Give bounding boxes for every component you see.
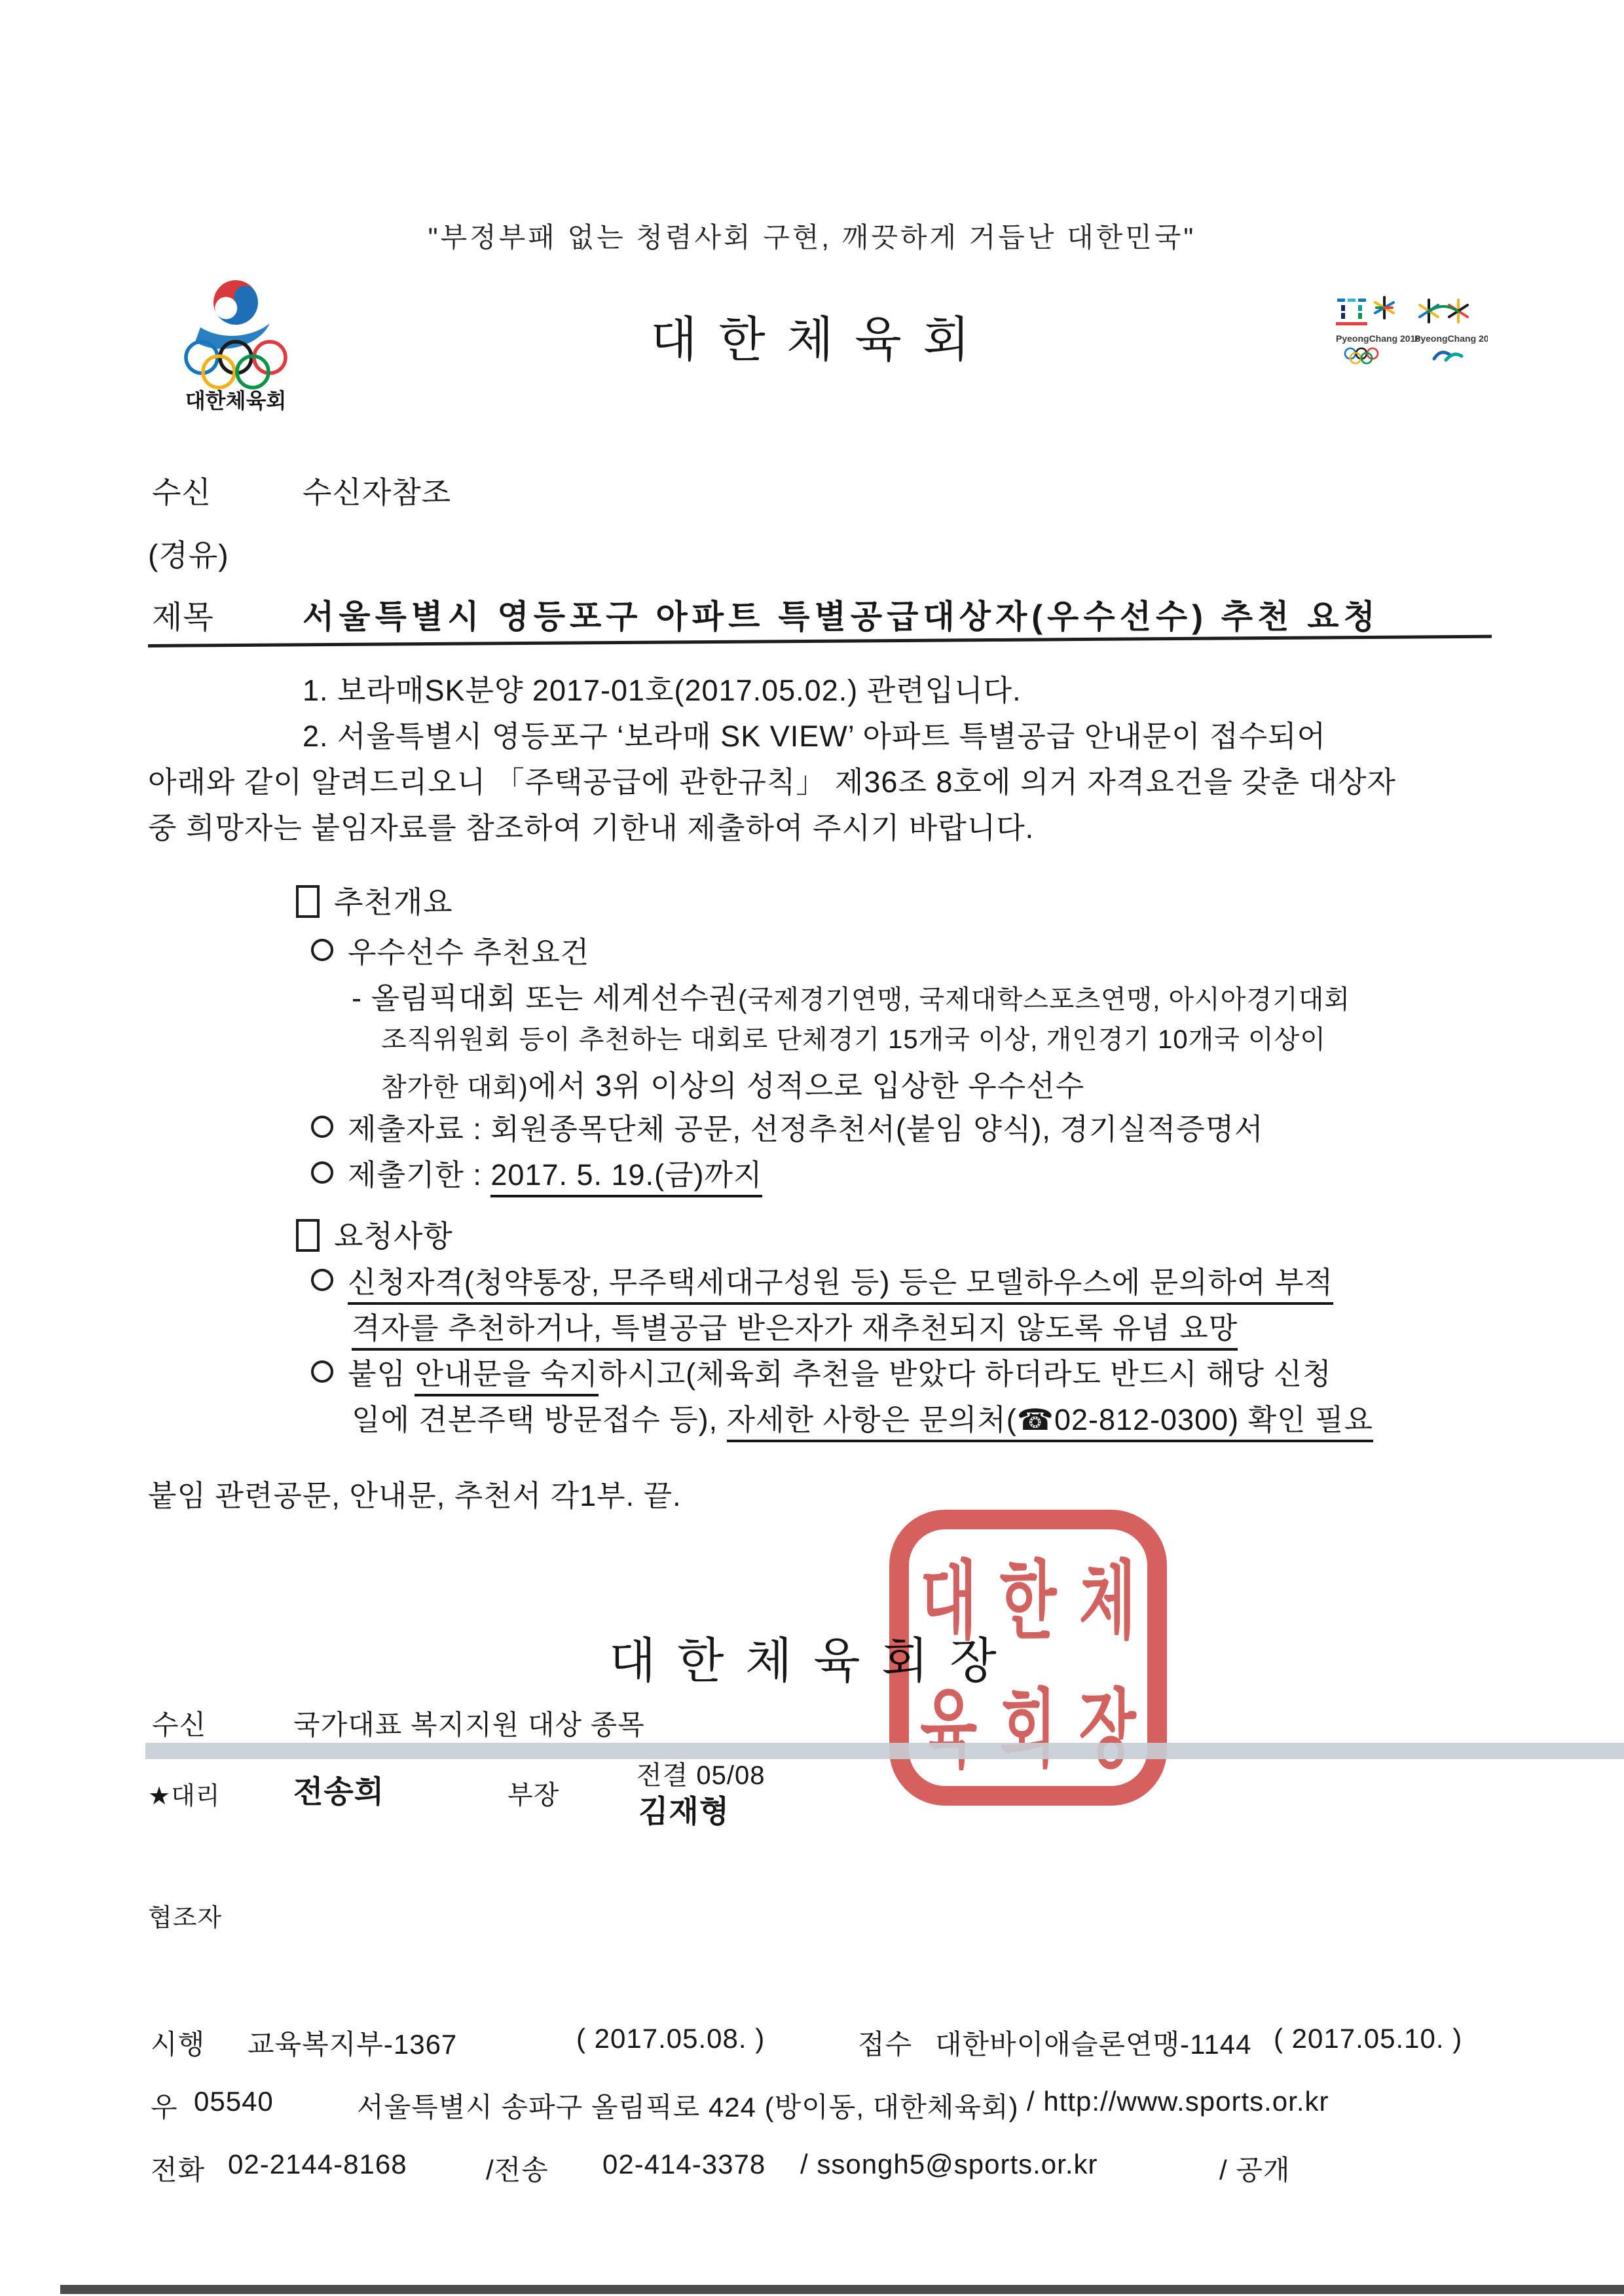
recipient-value: 수신자참조 — [303, 469, 451, 512]
zip-code: 05540 — [194, 2086, 274, 2117]
circle-bullet-icon — [311, 1116, 333, 1138]
overview-sub3-normal: 에서 3위 이상의 성적으로 입상한 우수선수 — [528, 1069, 1085, 1102]
circle-bullet-icon — [311, 939, 333, 961]
fax-number: 02-414-3378 — [602, 2149, 766, 2180]
approver-name: 김재형 — [638, 1787, 729, 1831]
request-heading: 요청사항 — [296, 1212, 453, 1256]
anti-corruption-slogan: "부정부패 없는 청렴사회 구현, 깨끗하게 거듭난 대한민국" — [0, 216, 1624, 255]
attachment-note: 붙임 관련공문, 안내문, 추천서 각1부. 끝. — [148, 1472, 682, 1514]
drafter-name: 전송희 — [293, 1768, 384, 1812]
recv-label: 접수 — [858, 2023, 912, 2062]
overview-sub1-normal: - 올림픽대회 또는 세계선수권 — [352, 981, 738, 1015]
overview-sub3-small: 참가한 대회) — [381, 1073, 528, 1102]
request-item1-line2: 격자를 추천하거나, 특별공급 받은자가 재추천되지 않도록 유념 요망 — [352, 1304, 1238, 1347]
official-seal-stamp: 대 한 체 육 회 장 — [889, 1510, 1167, 1806]
body-para1: 1. 보라매SK분양 2017-01호(2017.05.02.) 관련입니다. — [303, 666, 1022, 709]
circle-bullet-icon — [311, 1269, 333, 1291]
exec-label: 시행 — [151, 2023, 205, 2062]
recipient2-value: 국가대표 복지지원 대상 종목 — [293, 1704, 645, 1743]
seal-char: 육 — [909, 1629, 988, 1815]
scanned-official-document: "부정부패 없는 청렴사회 구현, 깨끗하게 거듭난 대한민국" 대한체육회 대… — [0, 0, 1624, 2296]
overview-item3-label: 제출기한 : — [348, 1158, 490, 1192]
zip-label: 우 — [151, 2086, 178, 2125]
reviewer-role: 부장 — [507, 1774, 559, 1812]
olympic-wordmark: PyeongChang 2018 — [1336, 333, 1420, 344]
overview-sub3: 참가한 대회)에서 3위 이상의 성적으로 입상한 우수선수 — [381, 1062, 1084, 1104]
disclosure-status: / 공개 — [1219, 2149, 1290, 2188]
circle-bullet-icon — [311, 1161, 333, 1184]
request-heading-text: 요청사항 — [334, 1219, 453, 1253]
seal-char: 회 — [988, 1629, 1067, 1815]
request-item2-line1-pre: 붙임 — [348, 1357, 415, 1391]
overview-sub2: 조직위원회 등이 추천하는 대회로 단체경기 15개국 이상, 개인경기 10개… — [381, 1019, 1326, 1056]
website: / http://www.sports.or.kr — [1027, 2086, 1329, 2117]
recv-date: ( 2017.05.10. ) — [1274, 2023, 1462, 2054]
exec-doc-no: 교육복지부-1367 — [248, 2023, 457, 2062]
request-item2-line1-underlined: 안내문을 숙지 — [415, 1357, 598, 1396]
request-item2-line2-underlined: 자세한 사항은 문의처(☎02-812-0300) 확인 필요 — [727, 1403, 1373, 1442]
seal-char: 장 — [1068, 1629, 1147, 1815]
circle-bullet-icon — [311, 1360, 333, 1383]
request-item1-line1-text: 신청자격(청약통장, 무주택세대구성원 등) 등은 모델하우스에 문의하여 부적 — [348, 1266, 1333, 1305]
overview-item1: 우수선수 추천요건 — [311, 928, 589, 971]
square-bullet-icon — [296, 885, 320, 918]
request-item2-line1: 붙임 안내문을 숙지하시고(체육회 추천을 받았다 하더라도 반드시 해당 신청 — [311, 1350, 1332, 1393]
request-item1-line1: 신청자격(청약통장, 무주택세대구성원 등) 등은 모델하우스에 문의하여 부적 — [311, 1258, 1333, 1301]
body-para2-line2: 아래와 같이 알려드리오니 「주택공급에 관한규칙」 제36조 8호에 의거 자… — [148, 758, 1396, 801]
request-item2-line1-post: 하시고(체육회 추천을 받았다 하더라도 반드시 해당 신청 — [599, 1357, 1332, 1391]
overview-item1-text: 우수선수 추천요건 — [348, 936, 589, 969]
overview-item2-text: 제출자료 : 회원종목단체 공문, 선정추천서(붙임 양식), 경기실적증명서 — [348, 1112, 1264, 1146]
address: 서울특별시 송파구 올림픽로 424 (방이동, 대한체육회) — [357, 2086, 1019, 2125]
overview-sub1: - 올림픽대회 또는 세계선수권(국제경기연맹, 국제대학스포츠연맹, 아시아경… — [352, 974, 1350, 1017]
tel-number: 02-2144-8168 — [228, 2149, 407, 2180]
overview-item3: 제출기한 : 2017. 5. 19.(금)까지 — [311, 1151, 762, 1194]
drafter-role: ★대리 — [148, 1776, 220, 1812]
tel-label: 전화 — [151, 2149, 205, 2188]
cooperator-label: 협조자 — [148, 1897, 222, 1933]
subject-label: 제목 — [152, 592, 214, 637]
email-address: / ssongh5@sports.or.kr — [800, 2149, 1098, 2180]
overview-item2: 제출자료 : 회원종목단체 공문, 선정추천서(붙임 양식), 경기실적증명서 — [311, 1105, 1264, 1148]
overview-item3-deadline: 2017. 5. 19.(금)까지 — [490, 1158, 762, 1197]
pyeongchang-logos: PyeongChang 2018 PyeongChang 2018 — [1324, 293, 1488, 375]
paralympic-wordmark: PyeongChang 2018 — [1414, 333, 1488, 344]
approval-note: 전결 05/08 — [637, 1755, 766, 1792]
pyeongchang-2018-icons: PyeongChang 2018 PyeongChang 2018 — [1324, 293, 1488, 375]
request-item2-line2: 일에 견본주택 방문접수 등), 자세한 사항은 문의처(☎02-812-030… — [352, 1396, 1373, 1438]
request-item1-line2-text: 격자를 추천하거나, 특별공급 받은자가 재추천되지 않도록 유념 요망 — [352, 1311, 1238, 1351]
via-label: (경유) — [148, 532, 229, 575]
overview-heading-text: 추천개요 — [334, 885, 453, 919]
scan-artifact-band — [145, 1743, 1624, 1759]
request-item2-line2-pre: 일에 견본주택 방문접수 등), — [352, 1403, 727, 1436]
pyeongchang-olympic-icon: PyeongChang 2018 — [1336, 297, 1420, 363]
scan-edge-bar — [60, 2285, 1624, 2294]
recv-doc-no: 대한바이애슬론연맹-1144 — [935, 2023, 1251, 2062]
koc-logo-caption: 대한체육회 — [185, 389, 287, 412]
pyeongchang-paralympic-icon: PyeongChang 2018 — [1414, 300, 1488, 360]
subject-value: 서울특별시 영등포구 아파트 특별공급대상자(우수선수) 추천 요청 — [303, 591, 1380, 638]
body-para2-line1: 2. 서울특별시 영등포구 ‘보라매 SK VIEW’ 아파트 특별공급 안내문… — [303, 712, 1326, 755]
recipient-label: 수신 — [152, 469, 212, 512]
exec-date: ( 2017.05.08. ) — [576, 2023, 765, 2054]
recipient2-label: 수신 — [152, 1704, 206, 1743]
square-bullet-icon — [296, 1219, 320, 1252]
overview-sub1-small: (국제경기연맹, 국제대학스포츠연맹, 아시아경기대회 — [738, 985, 1350, 1014]
body-para2-line3: 중 희망자는 붙임자료를 참조하여 기한내 제출하여 주시기 바랍니다. — [148, 804, 1034, 847]
fax-label: /전송 — [486, 2149, 549, 2188]
overview-heading: 추천개요 — [296, 879, 453, 922]
